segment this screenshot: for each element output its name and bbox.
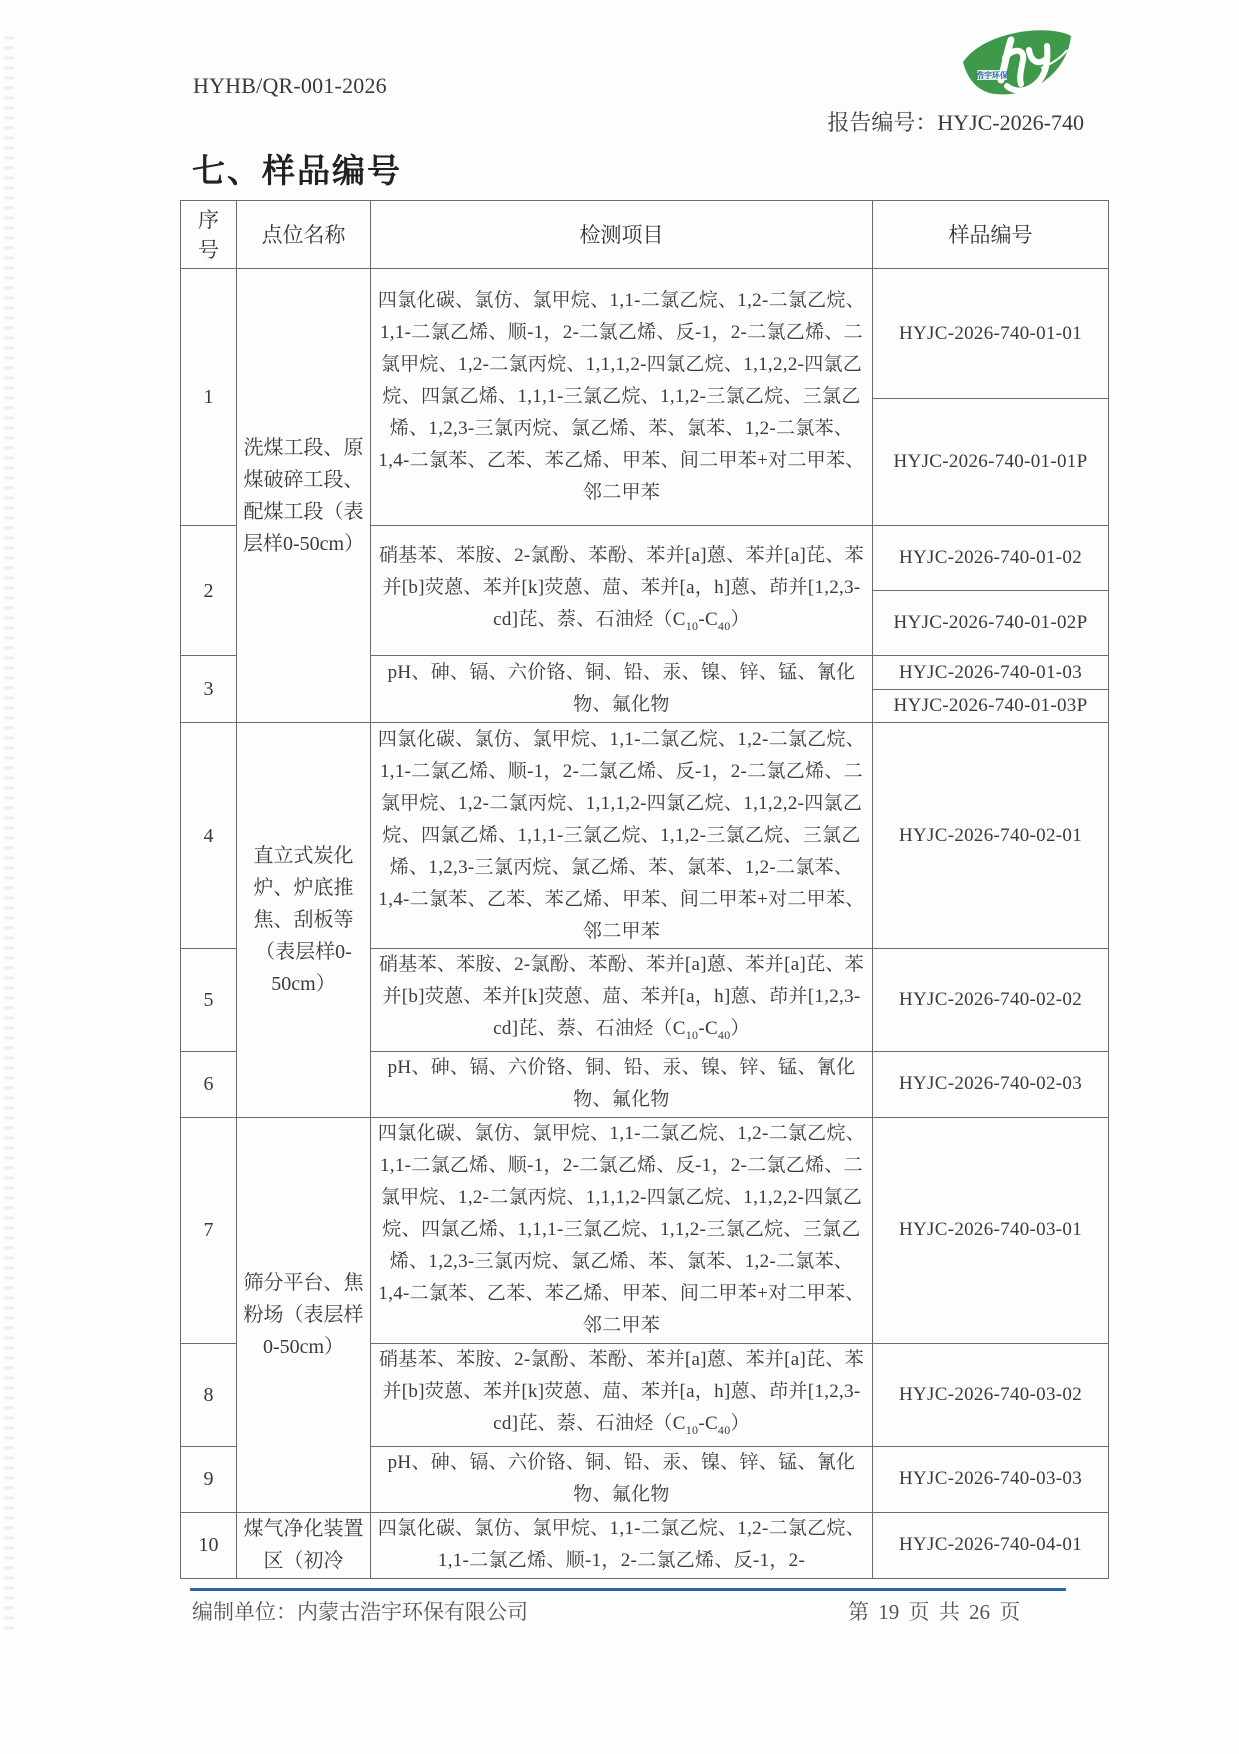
test-items-cell: pH、砷、镉、六价铬、铜、铅、汞、镍、锌、锰、氰化物、氟化物 — [371, 1446, 873, 1512]
table-row: 7 筛分平台、焦粉场（表层样0-50cm） 四氯化碳、氯仿、氯甲烷、1,1-二氯… — [181, 1117, 1109, 1343]
sample-id-cell: HYJC-2026-740-01-03P — [873, 690, 1109, 723]
sample-id-cell: HYJC-2026-740-03-01 — [873, 1117, 1109, 1343]
document-code: HYHB/QR-001-2026 — [193, 73, 387, 99]
row-seq: 10 — [181, 1512, 237, 1578]
sample-id-cell: HYJC-2026-740-01-03 — [873, 656, 1109, 690]
header-sample-number: 样品编号 — [873, 201, 1109, 269]
test-items-cell: 四氯化碳、氯仿、氯甲烷、1,1-二氯乙烷、1,2-二氯乙烷、1,1-二氯乙烯、顺… — [371, 1117, 873, 1343]
table-row: 1 洗煤工段、原煤破碎工段、配煤工段（表层样0-50cm） 四氯化碳、氯仿、氯甲… — [181, 269, 1109, 399]
footer-compiler: 编制单位：内蒙古浩宇环保有限公司 — [192, 1596, 528, 1626]
table-row: 4 直立式炭化炉、炉底推焦、刮板等（表层样0-50cm） 四氯化碳、氯仿、氯甲烷… — [181, 723, 1109, 949]
row-seq: 8 — [181, 1343, 237, 1446]
company-leaf-logo-icon: 浩宇环保 — [955, 28, 1075, 100]
row-seq: 6 — [181, 1051, 237, 1117]
row-seq: 9 — [181, 1446, 237, 1512]
row-seq: 7 — [181, 1117, 237, 1343]
report-number: 报告编号：HYJC-2026-740 — [827, 106, 1084, 137]
test-items-cell: 硝基苯、苯胺、2-氯酚、苯酚、苯并[a]蒽、苯并[a]芘、苯并[b]荧蒽、苯并[… — [371, 526, 873, 656]
test-items-cell: 硝基苯、苯胺、2-氯酚、苯酚、苯并[a]蒽、苯并[a]芘、苯并[b]荧蒽、苯并[… — [371, 1343, 873, 1446]
sample-id-cell: HYJC-2026-740-01-02P — [873, 591, 1109, 656]
row-seq: 5 — [181, 949, 237, 1052]
sample-id-cell: HYJC-2026-740-02-01 — [873, 723, 1109, 949]
table-row: 10 煤气净化装置区（初冷 四氯化碳、氯仿、氯甲烷、1,1-二氯乙烷、1,2-二… — [181, 1512, 1109, 1578]
sample-id-cell: HYJC-2026-740-02-02 — [873, 949, 1109, 1052]
row-seq: 2 — [181, 526, 237, 656]
section-title: 七、样品编号 — [192, 145, 402, 192]
table-header-row: 序号 点位名称 检测项目 样品编号 — [181, 201, 1109, 269]
test-items-cell: 四氯化碳、氯仿、氯甲烷、1,1-二氯乙烷、1,2-二氯乙烷、1,1-二氯乙烯、顺… — [371, 1512, 873, 1578]
sample-number-table: 序号 点位名称 检测项目 样品编号 1 洗煤工段、原煤破碎工段、配煤工段（表层样… — [180, 200, 1109, 1579]
footer-page-info: 第 19 页 共 26 页 — [848, 1596, 1020, 1626]
test-items-cell: 硝基苯、苯胺、2-氯酚、苯酚、苯并[a]蒽、苯并[a]芘、苯并[b]荧蒽、苯并[… — [371, 949, 873, 1052]
point-name-cell: 直立式炭化炉、炉底推焦、刮板等（表层样0-50cm） — [237, 723, 371, 1118]
scan-edge-artifact — [4, 30, 14, 1630]
sample-id-cell: HYJC-2026-740-03-03 — [873, 1446, 1109, 1512]
test-items-cell: 四氯化碳、氯仿、氯甲烷、1,1-二氯乙烷、1,2-二氯乙烷、1,1-二氯乙烯、顺… — [371, 723, 873, 949]
sample-id-cell: HYJC-2026-740-04-01 — [873, 1512, 1109, 1578]
sample-id-cell: HYJC-2026-740-02-03 — [873, 1051, 1109, 1117]
point-name-cell: 洗煤工段、原煤破碎工段、配煤工段（表层样0-50cm） — [237, 269, 371, 723]
row-seq: 3 — [181, 656, 237, 723]
sample-id-cell: HYJC-2026-740-03-02 — [873, 1343, 1109, 1446]
test-items-cell: pH、砷、镉、六价铬、铜、铅、汞、镍、锌、锰、氰化物、氟化物 — [371, 656, 873, 723]
sample-id-cell: HYJC-2026-740-01-01 — [873, 269, 1109, 399]
point-name-cell: 煤气净化装置区（初冷 — [237, 1512, 371, 1578]
row-seq: 4 — [181, 723, 237, 949]
footer-divider — [190, 1588, 1066, 1591]
header-test-items: 检测项目 — [371, 201, 873, 269]
sample-id-cell: HYJC-2026-740-01-01P — [873, 399, 1109, 526]
point-name-cell: 筛分平台、焦粉场（表层样0-50cm） — [237, 1117, 371, 1512]
test-items-cell: pH、砷、镉、六价铬、铜、铅、汞、镍、锌、锰、氰化物、氟化物 — [371, 1051, 873, 1117]
header-point-name: 点位名称 — [237, 201, 371, 269]
row-seq: 1 — [181, 269, 237, 526]
sample-id-cell: HYJC-2026-740-01-02 — [873, 526, 1109, 591]
header-seq: 序号 — [181, 201, 237, 269]
test-items-cell: 四氯化碳、氯仿、氯甲烷、1,1-二氯乙烷、1,2-二氯乙烷、1,1-二氯乙烯、顺… — [371, 269, 873, 526]
logo-text: 浩宇环保 — [976, 70, 1008, 80]
